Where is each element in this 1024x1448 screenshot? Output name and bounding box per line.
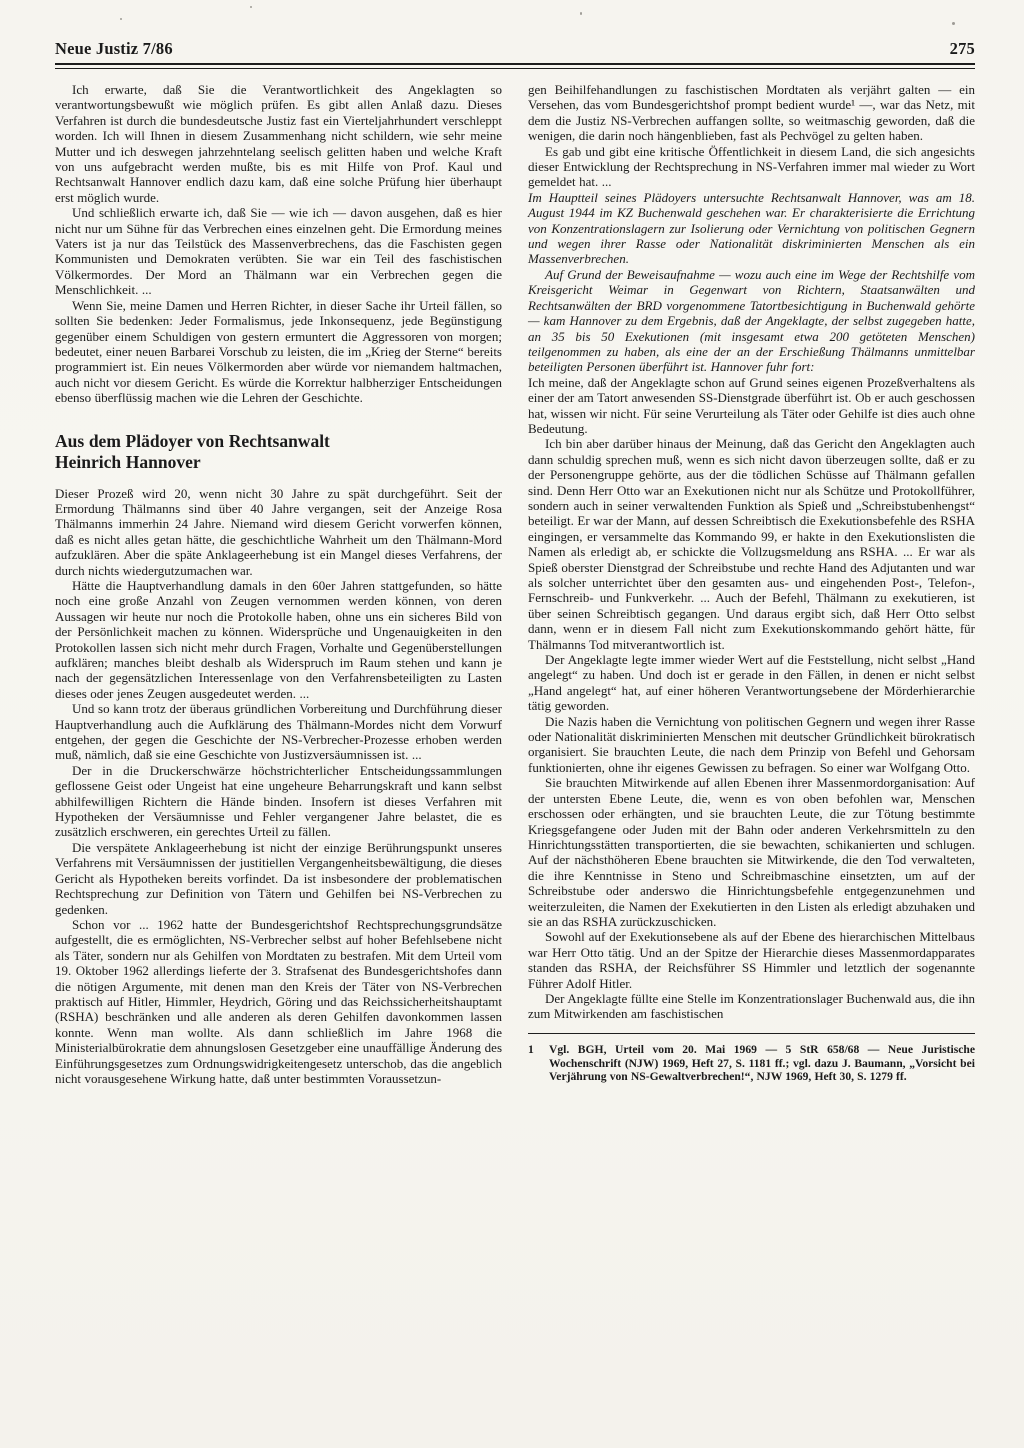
section-heading: Aus dem Plädoyer von Rechtsanwalt Heinri…: [55, 431, 502, 473]
body-paragraph: Dieser Prozeß wird 20, wenn nicht 30 Jah…: [55, 486, 502, 578]
scan-speckle: [250, 6, 252, 8]
footnote: 1 Vgl. BGH, Urteil vom 20. Mai 1969 — 5 …: [528, 1043, 975, 1084]
body-paragraph: Ich bin aber darüber hinaus der Meinung,…: [528, 436, 975, 652]
body-paragraph: Der Angeklagte füllte eine Stelle im Kon…: [528, 991, 975, 1022]
scan-speckle: [120, 18, 122, 20]
footnote-number: 1: [528, 1043, 540, 1084]
body-paragraph: Und schließlich erwarte ich, daß Sie — w…: [55, 205, 502, 297]
body-paragraph: Hätte die Hauptverhandlung damals in den…: [55, 578, 502, 701]
page-number: 275: [950, 40, 975, 58]
body-paragraph: Schon vor ... 1962 hatte der Bundesgeric…: [55, 917, 502, 1086]
body-paragraph: Der in die Druckerschwärze höchstrichter…: [55, 763, 502, 840]
body-paragraph: Wenn Sie, meine Damen und Herren Richter…: [55, 298, 502, 406]
masthead: Neue Justiz 7/86 275: [55, 40, 975, 58]
footnote-block: 1 Vgl. BGH, Urteil vom 20. Mai 1969 — 5 …: [528, 1033, 975, 1084]
body-paragraph: Sie brauchten Mitwirkende auf allen Eben…: [528, 775, 975, 929]
body-paragraph: Die Nazis haben die Vernichtung von poli…: [528, 714, 975, 776]
body-paragraph-continuation: gen Beihilfehandlungen zu faschistischen…: [528, 82, 975, 144]
footnote-text: Vgl. BGH, Urteil vom 20. Mai 1969 — 5 St…: [549, 1043, 975, 1084]
masthead-rule: [55, 63, 975, 69]
body-paragraph: Ich meine, daß der Angeklagte schon auf …: [528, 375, 975, 437]
body-paragraph: Ich erwarte, daß Sie die Verantwortlichk…: [55, 82, 502, 205]
two-column-body: Ich erwarte, daß Sie die Verantwortlichk…: [55, 82, 975, 1086]
body-paragraph: Es gab und gibt eine kritische Öffentlic…: [528, 144, 975, 190]
footnote-rule: [528, 1033, 975, 1034]
scan-speckle: [952, 22, 955, 25]
body-paragraph: Sowohl auf der Exekutionsebene als auf d…: [528, 929, 975, 991]
body-paragraph: Der Angeklagte legte immer wieder Wert a…: [528, 652, 975, 714]
section-heading-line: Aus dem Plädoyer von Rechtsanwalt: [55, 431, 330, 451]
body-paragraph: Und so kann trotz der überaus gründliche…: [55, 701, 502, 763]
editorial-note-paragraph: Im Hauptteil seines Plädoyers untersucht…: [528, 190, 975, 267]
scanned-journal-page: Neue Justiz 7/86 275 Ich erwarte, daß Si…: [0, 0, 1024, 1448]
body-paragraph: Die verspätete Anklageerhebung ist nicht…: [55, 840, 502, 917]
right-column: gen Beihilfehandlungen zu faschistischen…: [528, 82, 975, 1086]
scan-speckle: [580, 12, 582, 15]
journal-title: Neue Justiz 7/86: [55, 40, 173, 58]
editorial-note-paragraph: Auf Grund der Beweisaufnahme — wozu auch…: [528, 267, 975, 375]
left-column: Ich erwarte, daß Sie die Verantwortlichk…: [55, 82, 502, 1086]
section-heading-line: Heinrich Hannover: [55, 452, 201, 472]
